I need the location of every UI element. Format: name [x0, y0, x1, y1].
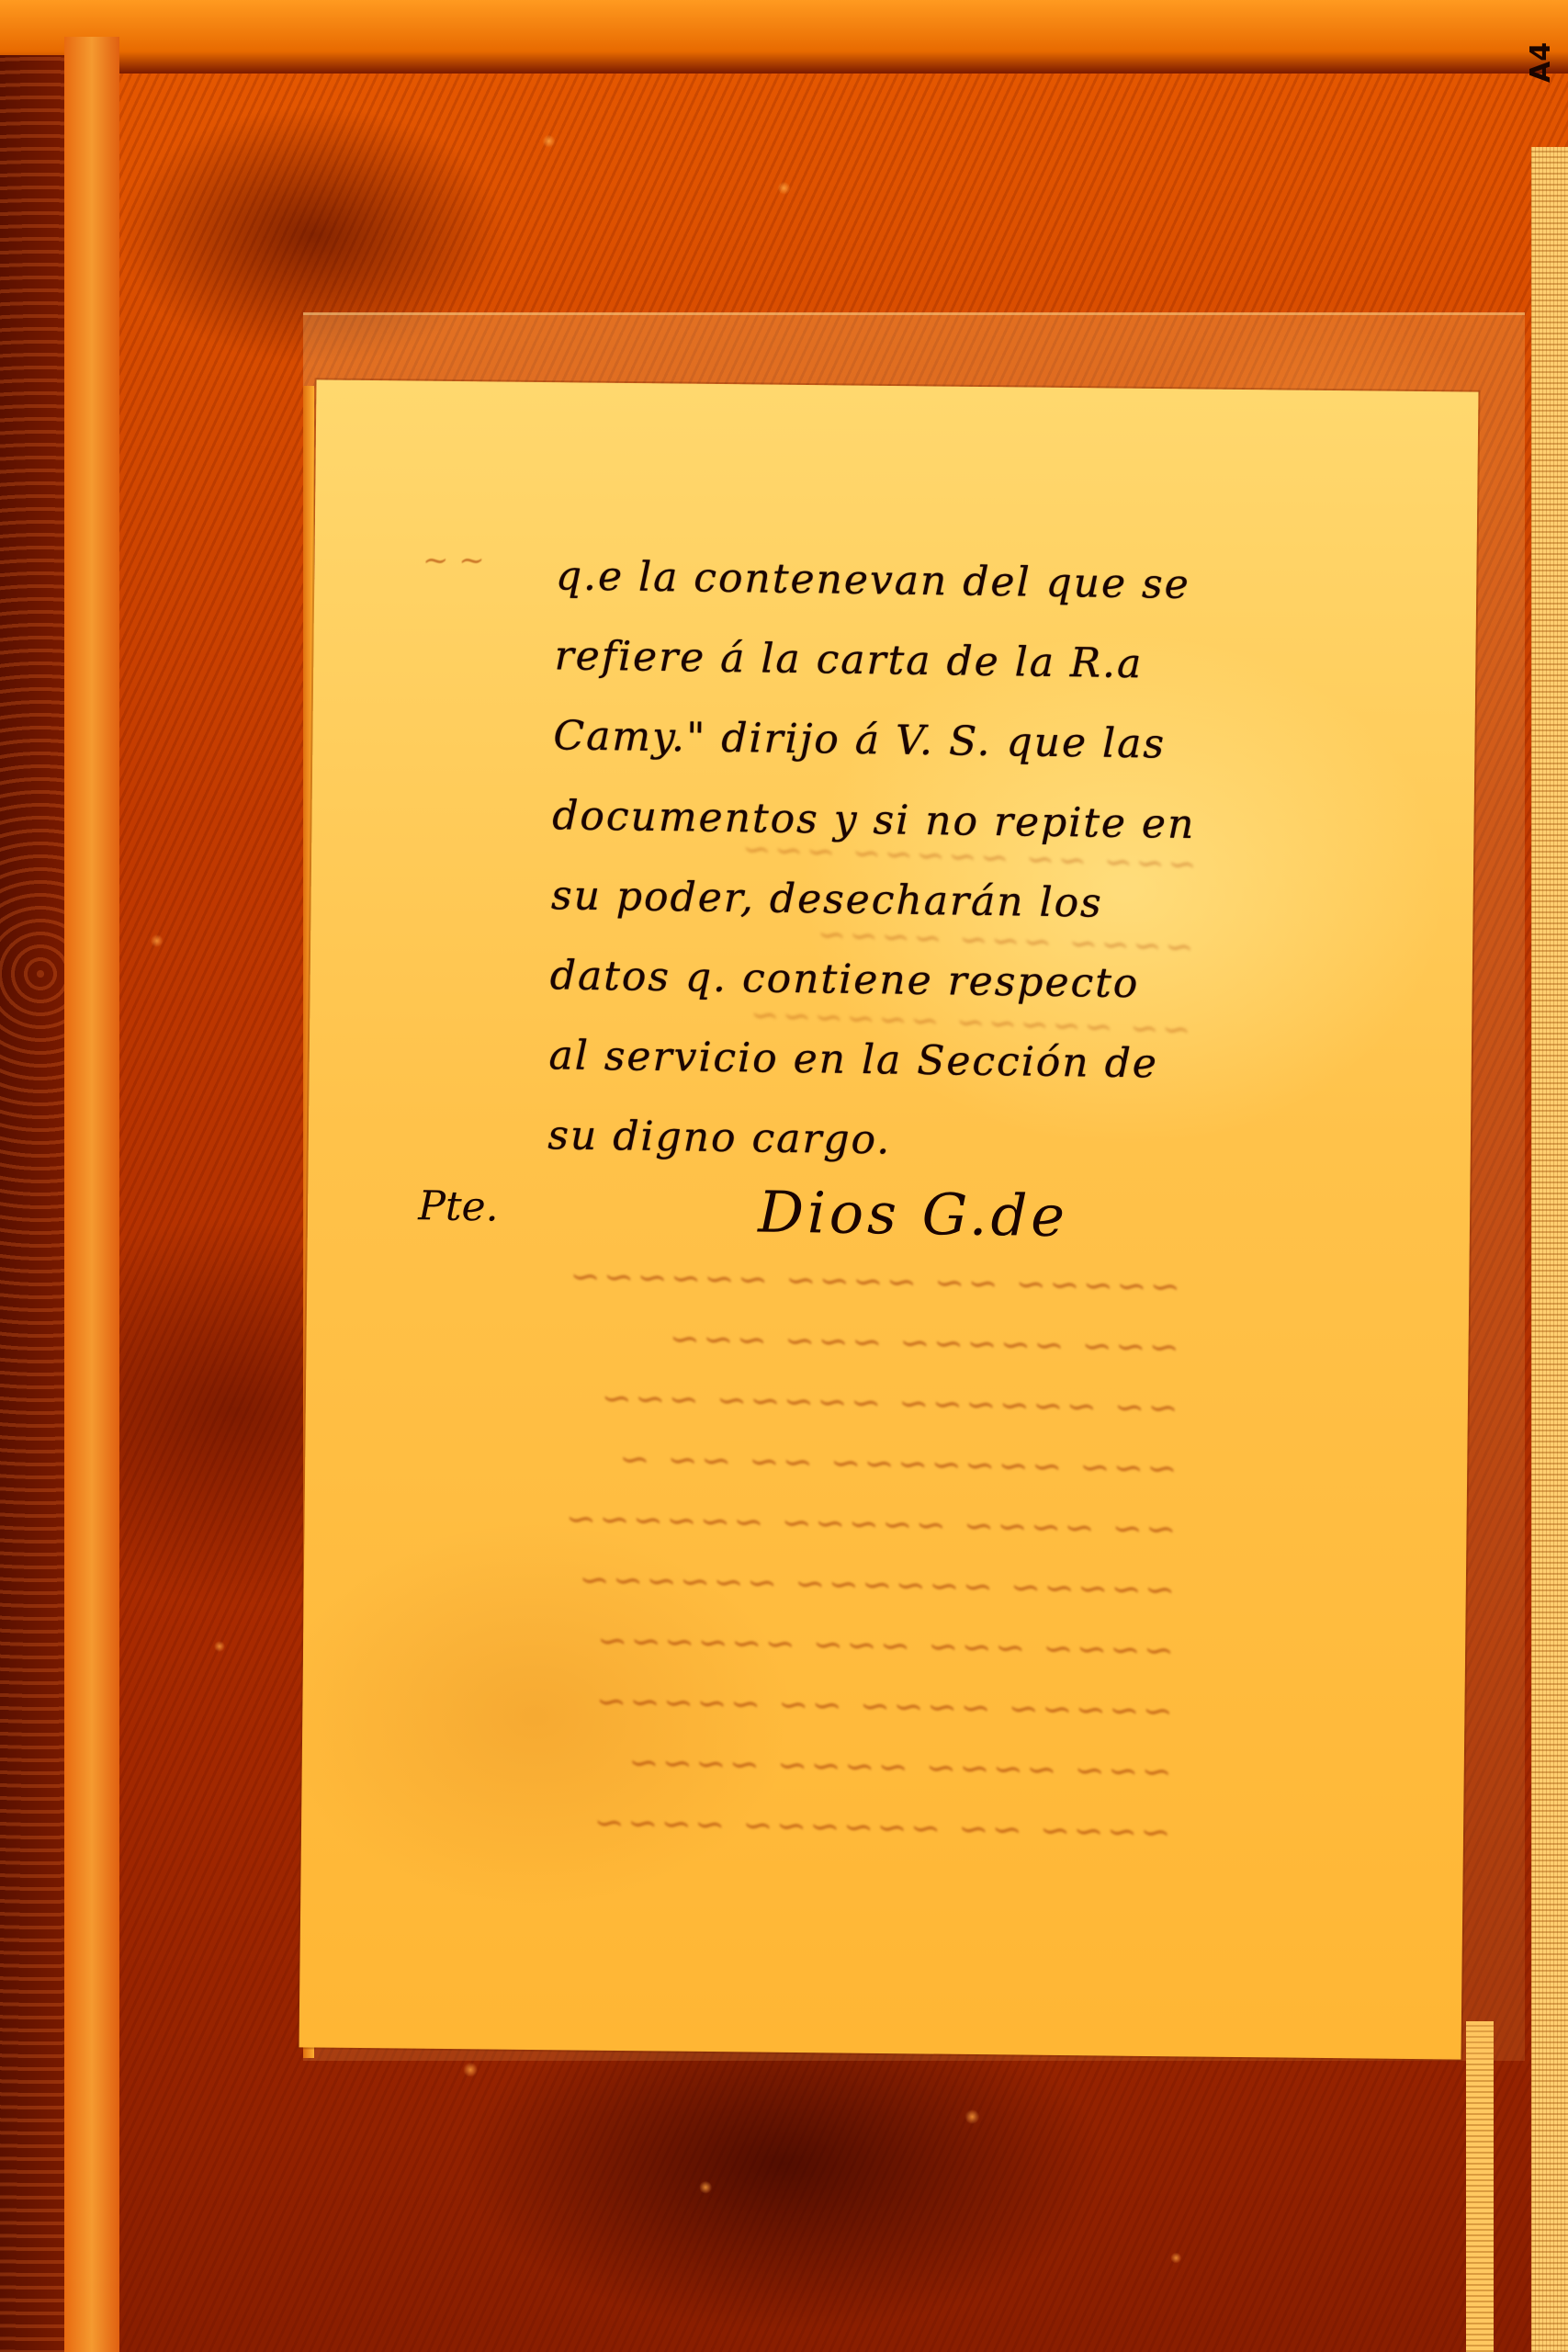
signature: Dios G.de: [758, 1178, 1069, 1249]
handwritten-line: q.e la contenevan del que se: [555, 536, 1438, 628]
page-label: A4: [1525, 42, 1557, 83]
handwritten-line: datos q. contiene respecto: [549, 935, 1432, 1027]
letter-body: q.e la contenevan del que se refiere á l…: [547, 536, 1438, 1270]
gauze-strip-lower: [1466, 2021, 1494, 2352]
handwritten-line: al servicio en la Sección de: [548, 1015, 1431, 1107]
closing-abbreviation: Pte.: [418, 1182, 499, 1230]
top-board-edge: [0, 0, 1568, 73]
handwritten-line: documentos y si no repite en: [552, 775, 1435, 867]
margin-mark: ~ ~: [423, 542, 485, 579]
gauze-strip: [1531, 147, 1568, 2352]
handwritten-line: su poder, desecharán los: [550, 855, 1433, 947]
handwritten-line: refiere á la carta de la R.a: [554, 616, 1437, 707]
handwritten-line: su digno cargo.: [547, 1095, 1430, 1187]
bleed-through-lower: ~~~~~ ~~ ~~~~ ~~~~~~ ~~~ ~~~~~ ~~~ ~~~ ~…: [344, 1242, 1180, 1863]
left-board-edge: [64, 37, 119, 2352]
handwritten-line: Camy." dirijo á V. S. que las: [553, 695, 1436, 787]
